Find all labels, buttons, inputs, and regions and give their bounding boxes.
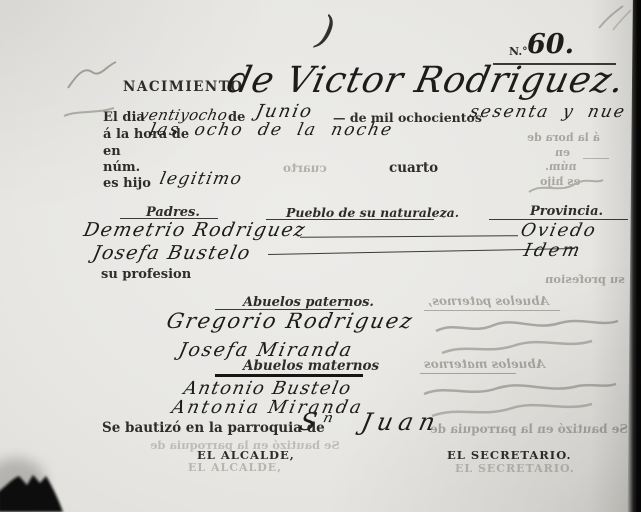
bleedthrough-hora: á la hora de — [527, 131, 600, 144]
bleedthrough-dash — [583, 158, 609, 159]
ghost-secretario: EL SECRETARIO. — [455, 462, 575, 475]
entry-legitimacy: legitimo — [160, 169, 242, 189]
underline-abuelos-maternos — [215, 374, 363, 377]
ink-mark-parenthesis: ) — [313, 7, 339, 55]
entry-month: Junio — [256, 101, 313, 122]
bleedthrough-cuarto: cuarto — [283, 161, 327, 175]
bleedthrough-script-maternos — [420, 380, 620, 422]
bleedthrough-script-right — [525, 172, 605, 200]
label-bautizo: Se bautizó en la parroquia de — [102, 420, 325, 436]
bleedthrough-abuelos-paternos: Abuelos paternos, — [428, 294, 549, 308]
entry-paternal-grandfather: Gregorio Rodriguez — [167, 309, 414, 333]
entry-hour: las ocho de la noche — [150, 120, 393, 140]
section-header-abuelos-maternos: Abuelos maternos — [243, 358, 379, 374]
bleedthrough-script-paternos — [432, 315, 622, 360]
signature-label-secretario: EL SECRETARIO. — [447, 448, 572, 462]
label-num: núm. — [103, 160, 140, 175]
signature-label-alcalde: EL ALCALDE, — [197, 448, 295, 462]
record-number-label: N.° — [509, 45, 528, 58]
bleedthrough-en: en — [555, 146, 570, 159]
entry-father-name: Demetrio Rodriguez — [84, 219, 306, 241]
bleedthrough-rule-maternos — [420, 373, 516, 374]
entry-mother-provincia: Idem — [524, 240, 582, 261]
ghost-alcalde: EL ALCALDE, — [188, 461, 282, 474]
label-en: en — [103, 144, 121, 159]
birth-record-scan: á la hora de en núm. es hijo cuarto su p… — [0, 0, 641, 512]
entry-father-provincia: Oviedo — [521, 220, 597, 241]
scan-artifact-dark-object — [0, 440, 90, 512]
label-su-profesion: su profesion — [101, 267, 191, 282]
record-name-handwritten: de Victor Rodriguez. — [228, 60, 624, 101]
record-number-value: 60. — [527, 29, 574, 60]
entry-mother-name: Josefa Bustelo — [93, 242, 251, 264]
entry-year: sesenta y nue — [470, 102, 626, 122]
bleedthrough-profesion: su profesion — [545, 272, 625, 286]
scan-edge-right — [627, 0, 641, 512]
section-header-abuelos-paternos: Abuelos paternos. — [243, 295, 374, 310]
column-header-pueblo: Pueblo de su naturaleza. — [286, 205, 459, 220]
entry-maternal-grandfather: Antonio Bustelo — [184, 378, 352, 399]
label-cuarto: cuarto — [389, 160, 438, 176]
label-es-hijo: es hijo — [103, 176, 151, 191]
entry-parish: Sⁿ Juan — [300, 408, 441, 436]
column-header-provincia: Provincia. — [530, 204, 603, 219]
fill-line-row1 — [300, 235, 518, 238]
bleedthrough-marks-top-right — [595, 2, 635, 32]
bleedthrough-rule-paternos — [424, 310, 560, 311]
bleedthrough-bautizo-right: Se bautizó en la parroquia de — [430, 422, 628, 436]
